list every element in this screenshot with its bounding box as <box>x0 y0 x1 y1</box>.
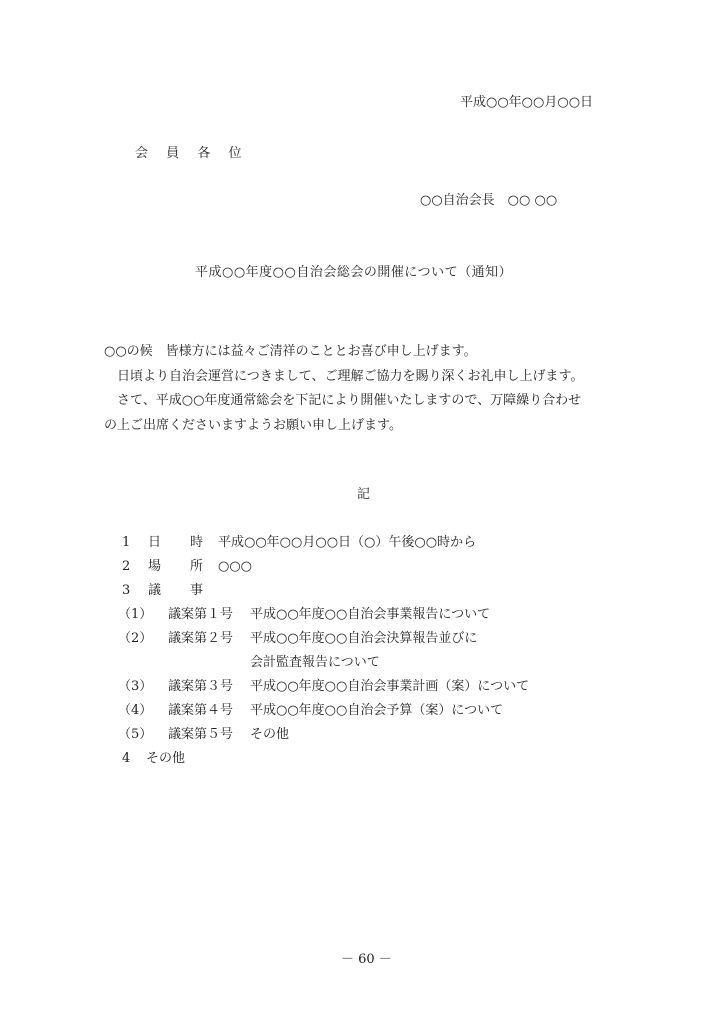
agenda-value: 平成○○年度○○自治会事業計画（案）について <box>250 679 529 695</box>
agenda-number: （5） <box>118 727 152 743</box>
item-label: その他 <box>146 751 185 767</box>
agenda-label: 議案第１号 <box>168 607 233 623</box>
item-number: 2 <box>122 559 130 575</box>
addressee-char: 位 <box>228 146 241 162</box>
page-number: － 60 － <box>341 952 392 968</box>
ki-heading: 記 <box>357 487 370 503</box>
body-paragraph: の上ご出席くださいますようお願い申し上げます。 <box>104 414 634 439</box>
body-paragraph: ○○の候 皆様方には益々ご清祥のこととお喜び申し上げます。 <box>104 340 634 365</box>
addressee: 会 員 各 位 <box>135 146 255 162</box>
item-label: 事 <box>190 583 203 599</box>
agenda-label: 議案第３号 <box>168 679 233 695</box>
item-number: 1 <box>122 535 130 551</box>
agenda-label: 議案第４号 <box>168 703 233 719</box>
item-number: 3 <box>122 583 130 599</box>
item-value: 平成○○年○○月○○日（○）午後○○時から <box>218 535 476 551</box>
addressee-char: 会 <box>135 146 148 162</box>
item-label: 時 <box>190 535 203 551</box>
item-label: 議 <box>148 583 161 599</box>
body-paragraph: 日頃より自治会運営につきまして、ご理解ご協力を賜り深くお礼申し上げます。 <box>104 365 634 390</box>
addressee-char: 員 <box>166 146 179 162</box>
body-text: ○○の候 皆様方には益々ご清祥のこととお喜び申し上げます。 日頃より自治会運営に… <box>104 340 634 438</box>
item-label: 場 <box>148 559 161 575</box>
body-paragraph: さて、平成○○年度通常総会を下記により開催いたしますので、万障繰り合わせ <box>104 389 634 414</box>
sender: ○○自治会長 ○○ ○○ <box>420 193 557 209</box>
agenda-value: 会計監査報告について <box>250 655 380 671</box>
agenda-value: 平成○○年度○○自治会予算（案）について <box>250 703 503 719</box>
item-value: ○○○ <box>218 559 252 575</box>
document-date: 平成○○年○○月○○日 <box>460 95 593 111</box>
agenda-number: （1） <box>118 607 152 623</box>
agenda-label: 議案第２号 <box>168 631 233 647</box>
agenda-value: 平成○○年度○○自治会決算報告並びに <box>250 631 477 647</box>
agenda-number: （3） <box>118 679 152 695</box>
agenda-number: （2） <box>118 631 152 647</box>
agenda-value: 平成○○年度○○自治会事業報告について <box>250 607 490 623</box>
agenda-number: （4） <box>118 703 152 719</box>
item-number: 4 <box>122 751 130 767</box>
item-label: 日 <box>148 535 161 551</box>
item-label: 所 <box>190 559 203 575</box>
agenda-value: その他 <box>250 727 289 743</box>
document-title: 平成○○年度○○自治会総会の開催について（通知） <box>195 265 512 281</box>
addressee-char: 各 <box>197 146 210 162</box>
agenda-label: 議案第５号 <box>168 727 233 743</box>
